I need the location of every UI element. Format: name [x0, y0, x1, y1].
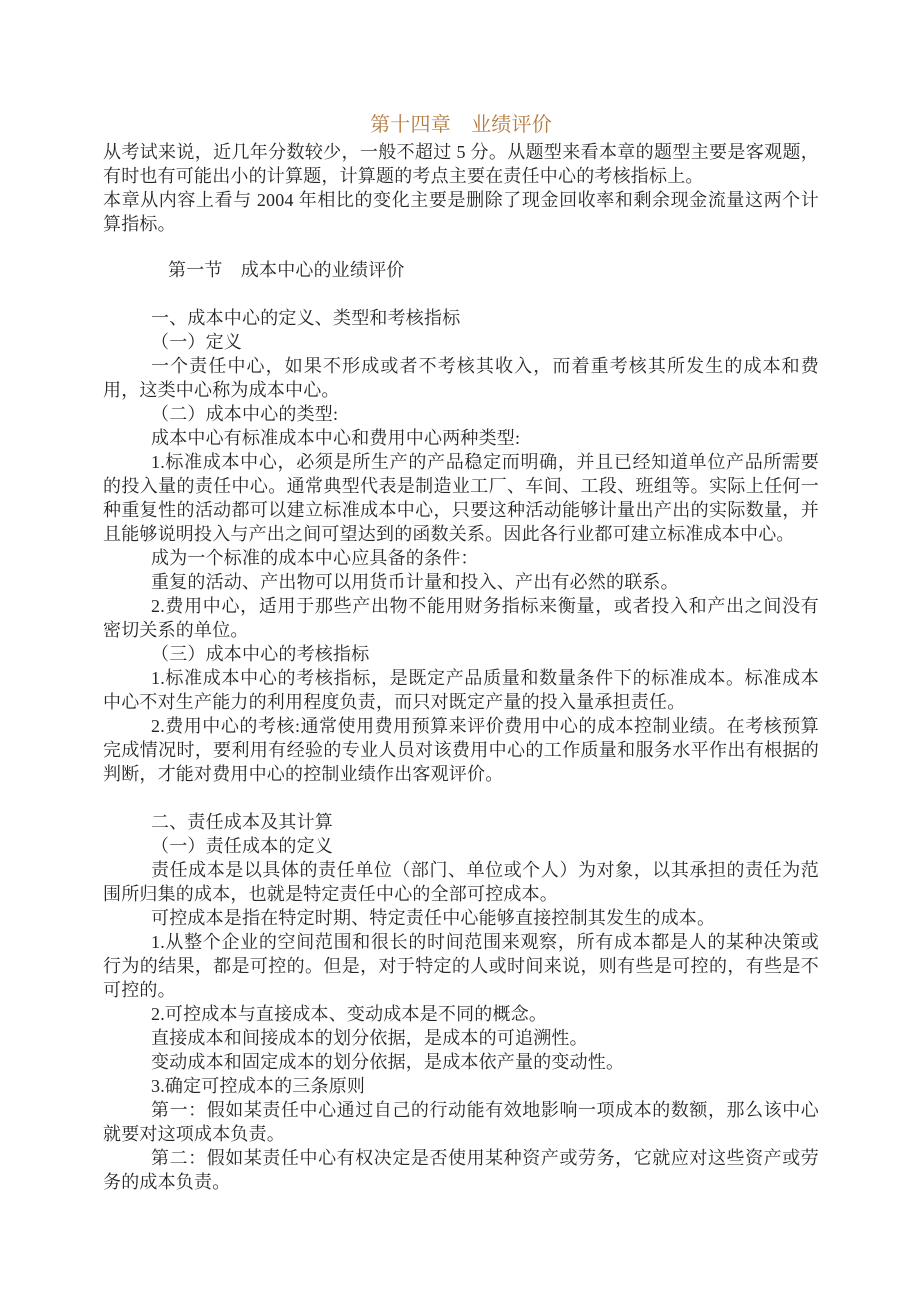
- chapter-title: 第十四章 业绩评价: [103, 112, 819, 138]
- blank-line: [103, 282, 819, 306]
- paragraph: 成为一个标准的成本中心应具备的条件：: [103, 546, 819, 570]
- sub-heading: （二）成本中心的类型:: [103, 402, 819, 426]
- paragraph: 2.可控成本与直接成本、变动成本是不同的概念。: [103, 1002, 819, 1026]
- sub-heading: （一）责任成本的定义: [103, 834, 819, 858]
- blank-line: [103, 786, 819, 810]
- intro-paragraph: 从考试来说，近几年分数较少，一般不超过 5 分。从题型来看本章的题型主要是客观题…: [103, 140, 819, 188]
- paragraph: 第一：假如某责任中心通过自己的行动能有效地影响一项成本的数额，那么该中心就要对这…: [103, 1098, 819, 1146]
- paragraph: 重复的活动、产出物可以用货币计量和投入、产出有必然的联系。: [103, 570, 819, 594]
- paragraph: 成本中心有标准成本中心和费用中心两种类型:: [103, 426, 819, 450]
- paragraph: 变动成本和固定成本的划分依据，是成本依产量的变动性。: [103, 1050, 819, 1074]
- paragraph: 可控成本是指在特定时期、特定责任中心能够直接控制其发生的成本。: [103, 906, 819, 930]
- paragraph: 责任成本是以具体的责任单位（部门、单位或个人）为对象，以其承担的责任为范围所归集…: [103, 858, 819, 906]
- sub-heading: （三）成本中心的考核指标: [103, 642, 819, 666]
- paragraph: 3.确定可控成本的三条原则: [103, 1074, 819, 1098]
- paragraph: 1.标准成本中心，必须是所生产的产品稳定而明确，并且已经知道单位产品所需要的投入…: [103, 450, 819, 546]
- document-page: 第十四章 业绩评价 从考试来说，近几年分数较少，一般不超过 5 分。从题型来看本…: [0, 0, 920, 1302]
- intro-paragraph: 本章从内容上看与 2004 年相比的变化主要是删除了现金回收率和剩余现金流量这两…: [103, 188, 819, 236]
- numbered-heading: 二、责任成本及其计算: [103, 810, 819, 834]
- paragraph: 1.标准成本中心的考核指标，是既定产品质量和数量条件下的标准成本。标准成本中心不…: [103, 666, 819, 714]
- blank-line: [103, 236, 819, 258]
- paragraph: 2.费用中心，适用于那些产出物不能用财务指标来衡量，或者投入和产出之间没有密切关…: [103, 594, 819, 642]
- paragraph: 直接成本和间接成本的划分依据，是成本的可追溯性。: [103, 1026, 819, 1050]
- section-heading: 第一节 成本中心的业绩评价: [103, 258, 819, 282]
- paragraph: 1.从整个企业的空间范围和很长的时间范围来观察，所有成本都是人的某种决策或行为的…: [103, 930, 819, 1002]
- paragraph: 2.费用中心的考核:通常使用费用预算来评价费用中心的成本控制业绩。在考核预算完成…: [103, 714, 819, 786]
- paragraph: 第二：假如某责任中心有权决定是否使用某种资产或劳务，它就应对这些资产或劳务的成本…: [103, 1146, 819, 1194]
- sub-heading: （一）定义: [103, 330, 819, 354]
- paragraph: 一个责任中心，如果不形成或者不考核其收入，而着重考核其所发生的成本和费用，这类中…: [103, 354, 819, 402]
- numbered-heading: 一、成本中心的定义、类型和考核指标: [103, 306, 819, 330]
